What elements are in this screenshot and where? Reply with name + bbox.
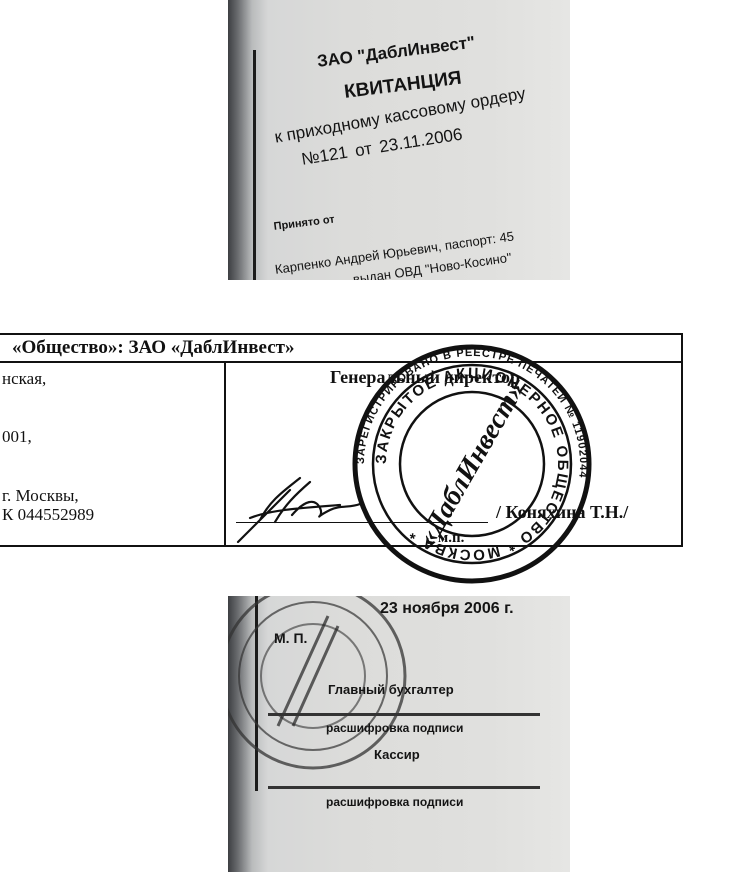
chief-accountant-label: Главный бухгалтер bbox=[328, 682, 454, 697]
receipt-seal-label: М. П. bbox=[274, 630, 307, 646]
company-stamp: ЗАРЕГИСТРИРОВАНО В РЕЕСТРЕ ПЕЧАТЕЙ № 119… bbox=[352, 344, 592, 584]
address-line: г. Москвы, bbox=[2, 486, 79, 506]
signature-decode-label: расшифровка подписи bbox=[326, 795, 463, 809]
receipt-date: 23 ноября 2006 г. bbox=[380, 600, 514, 618]
address-line: 001, bbox=[2, 427, 32, 447]
receipt-photo-top: ЗАО "ДаблИнвест" КВИТАНЦИЯ к приходному … bbox=[228, 0, 570, 280]
contract-signature-block: «Общество»: ЗАО «ДаблИнвест» нская, 001,… bbox=[0, 330, 746, 560]
address-line: К 044552989 bbox=[2, 505, 94, 525]
cashier-label: Кассир bbox=[374, 747, 420, 762]
receipt-company: ЗАО "ДаблИнвест" bbox=[316, 33, 476, 72]
signature-decode-label: расшифровка подписи bbox=[326, 721, 463, 735]
chief-accountant-signature-line bbox=[268, 713, 540, 716]
receipt-photo-bottom: 23 ноября 2006 г. М. П. Главный бухгалте… bbox=[228, 596, 570, 872]
cashier-signature-line bbox=[268, 786, 540, 789]
company-header: «Общество»: ЗАО «ДаблИнвест» bbox=[12, 337, 294, 359]
address-line: нская, bbox=[2, 369, 46, 389]
column-divider bbox=[224, 361, 226, 545]
received-from-label: Принято от bbox=[273, 214, 335, 233]
svg-text:«ДаблИнвест»: «ДаблИнвест» bbox=[412, 376, 531, 551]
receipt-margin-line bbox=[253, 50, 256, 280]
